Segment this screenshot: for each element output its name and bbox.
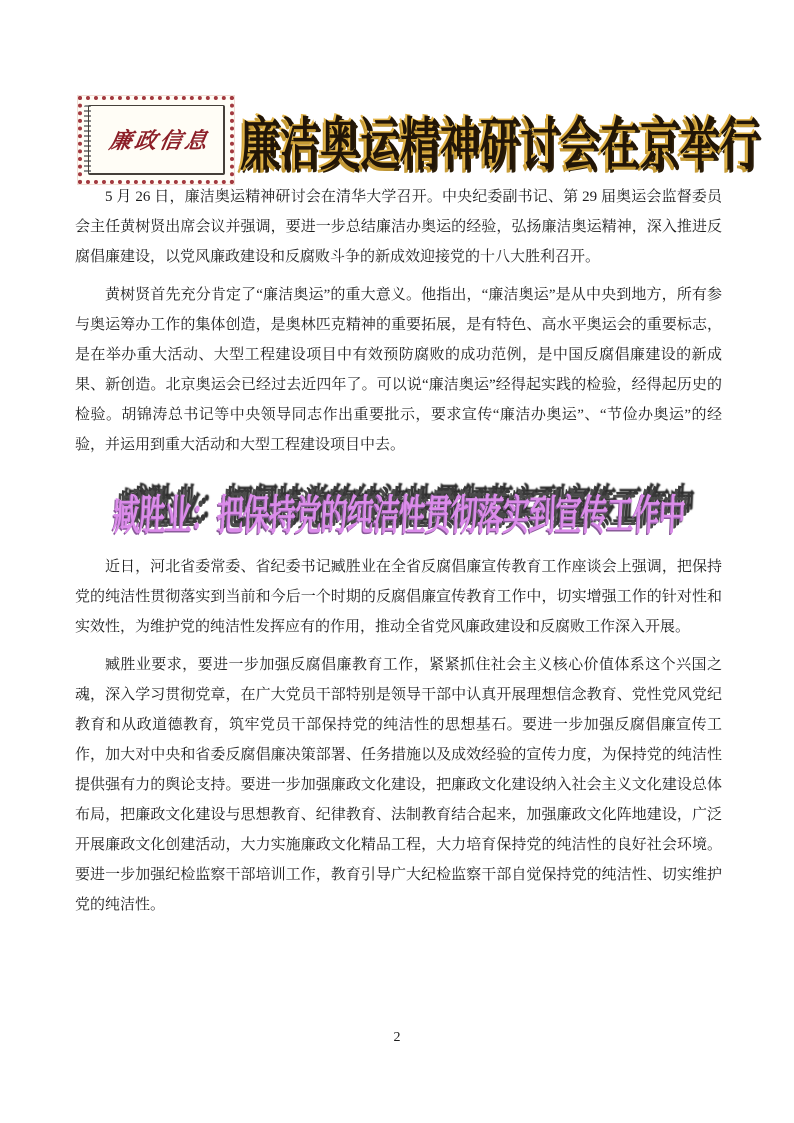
article2-title-wrap: 臧胜业：把保持党的纯洁性贯彻落实到宣传工作中 — [75, 474, 722, 548]
article1-title-wrap: 廉洁奥运精神研讨会在京举行 — [234, 112, 760, 169]
logo-text: 廉政信息 — [99, 124, 212, 155]
logo-inner-frame: 廉政信息 — [88, 105, 225, 175]
paragraph: 臧胜业要求，要进一步加强反腐倡廉教育工作，紧紧抓住社会主义核心价值体系这个兴国之… — [75, 650, 722, 920]
page-header: 廉政信息 廉洁奥运精神研讨会在京举行 — [78, 94, 722, 186]
document-page: 廉政信息 廉洁奥运精神研讨会在京举行 5 月 26 日，廉洁奥运精神研讨会在清华… — [0, 0, 794, 1123]
paragraph: 黄树贤首先充分肯定了“廉洁奥运”的重大意义。他指出，“廉洁奥运”是从中央到地方，… — [75, 280, 722, 460]
page-number: 2 — [0, 1030, 794, 1046]
paragraph: 近日，河北省委常委、省纪委书记臧胜业在全省反腐倡廉宣传教育工作座谈会上强调，把保… — [75, 552, 722, 642]
masthead-logo-box: 廉政信息 — [78, 96, 234, 184]
article2-title: 臧胜业：把保持党的纯洁性贯彻落实到宣传工作中 — [111, 481, 686, 541]
article1-title: 廉洁奥运精神研讨会在京举行 — [240, 100, 760, 181]
paragraph: 5 月 26 日，廉洁奥运精神研讨会在清华大学召开。中央纪委副书记、第 29 届… — [75, 182, 722, 272]
article2-body: 近日，河北省委常委、省纪委书记臧胜业在全省反腐倡廉宣传教育工作座谈会上强调，把保… — [75, 552, 722, 920]
article1-body: 5 月 26 日，廉洁奥运精神研讨会在清华大学召开。中央纪委副书记、第 29 届… — [75, 182, 722, 460]
